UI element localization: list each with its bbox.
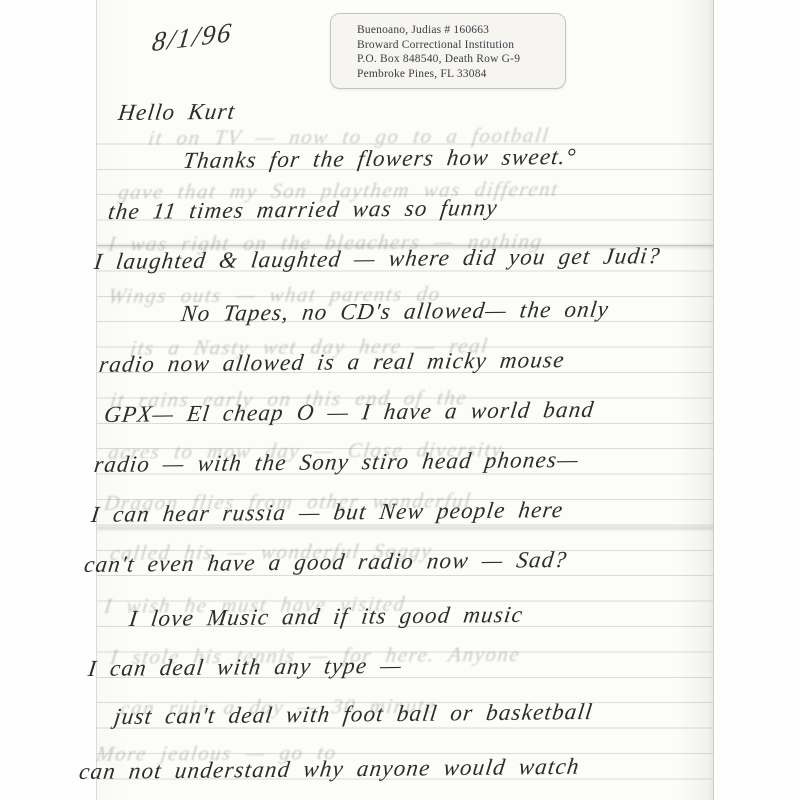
handwritten-line: No Tapes, no CD's allowed— the only [180,297,611,328]
handwritten-line: Thanks for the flowers how sweet.° [182,144,578,174]
label-name-and-number: Buenoano, Judias # 160663 [357,23,565,38]
handwritten-line: can not understand why anyone would watc… [78,754,582,785]
handwritten-line: just can't deal with foot ball or basket… [113,699,595,730]
handwritten-line: the 11 times married was so funny [107,195,500,225]
handwritten-greeting: Hello Kurt [117,99,237,126]
label-city-state-zip: Pembroke Pines, FL 33084 [357,67,565,82]
handwritten-line: radio — with the Sony stiro head phones— [93,447,581,478]
handwritten-line: GPX— El cheap O — I have a world band [103,397,596,428]
handwritten-line: I can deal with any type — [87,653,404,682]
handwritten-line: I love Music and if its good music [128,602,525,632]
label-po-box: P.O. Box 848540, Death Row G-9 [357,52,565,67]
label-institution: Broward Correctional Institution [357,38,565,53]
handwritten-line: I can hear russia — but New people here [90,497,565,528]
handwritten-line: can't even have a good radio now — Sad? [83,547,569,578]
return-address-label: Buenoano, Judias # 160663 Broward Correc… [330,13,566,89]
handwritten-line: radio now allowed is a real micky mouse [98,347,567,378]
scanned-letter-page: { "date_handwritten": "8/1/96", "address… [0,0,800,800]
